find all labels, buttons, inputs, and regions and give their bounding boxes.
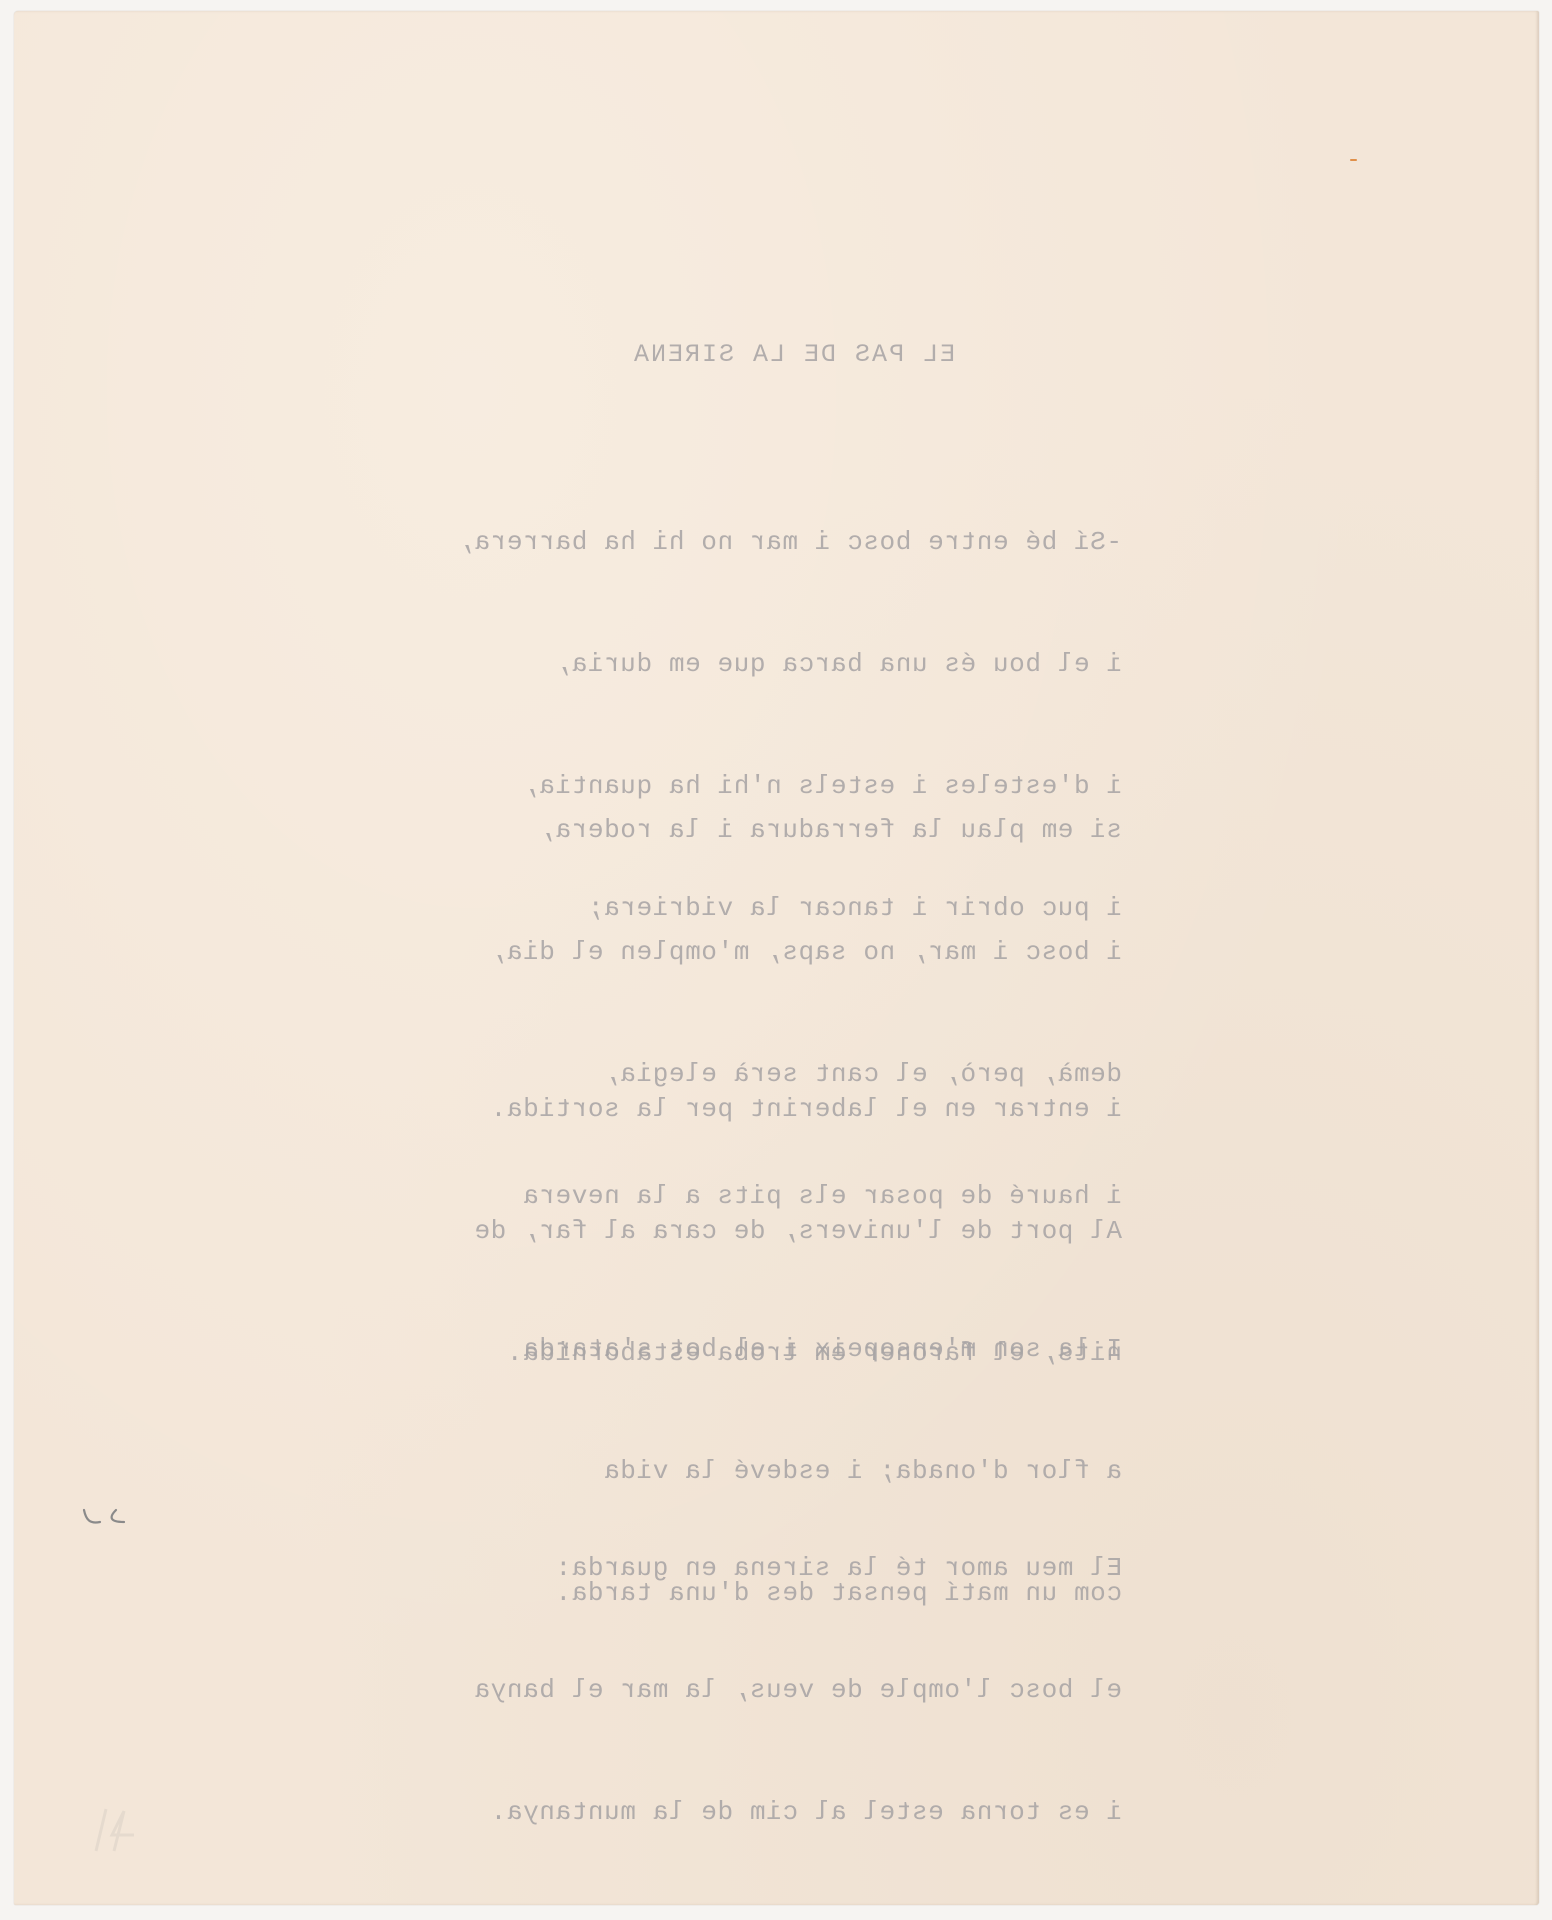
poem-line: el bosc l'omple de veus, la mar el banya — [474, 1659, 1122, 1721]
show-through-text-mirrored: EL PAS DE LA SIRENA -Sí bé entre bosc i … — [14, 11, 1539, 1905]
poem-line: Al port de l'univers, de cara al far, de — [474, 1200, 1122, 1262]
poem-line: si em plau la ferradura i la rodera, — [490, 799, 1122, 861]
poem-line: I la son m'ensopeix i el bot s'atarda — [523, 1318, 1123, 1380]
poem-line: i bosc i mar, no saps, m'omplen el dia, — [490, 921, 1122, 983]
paper-sheet: EL PAS DE LA SIRENA -Sí bé entre bosc i … — [14, 11, 1539, 1905]
pencil-squiggle-icon — [76, 1506, 142, 1528]
poem-line: -Sí bé entre bosc i mar no hi ha barrera… — [458, 511, 1122, 573]
stanza-5: El meu amor té la sirena en guarda: el b… — [474, 1477, 1122, 1903]
faint-folio-number-icon — [84, 1801, 154, 1861]
orange-speck-mark — [1350, 159, 1357, 161]
poem-line: i entrar en el laberint per la sortida. — [474, 1078, 1122, 1140]
poem-line: i el bou és una barca que em duria, — [458, 633, 1122, 695]
poem-line: El meu amor té la sirena en guarda: — [474, 1537, 1122, 1599]
poem-line: i es torna estel al cim de la muntanya. — [474, 1781, 1122, 1843]
poem-title: EL PAS DE LA SIRENA — [632, 340, 955, 369]
